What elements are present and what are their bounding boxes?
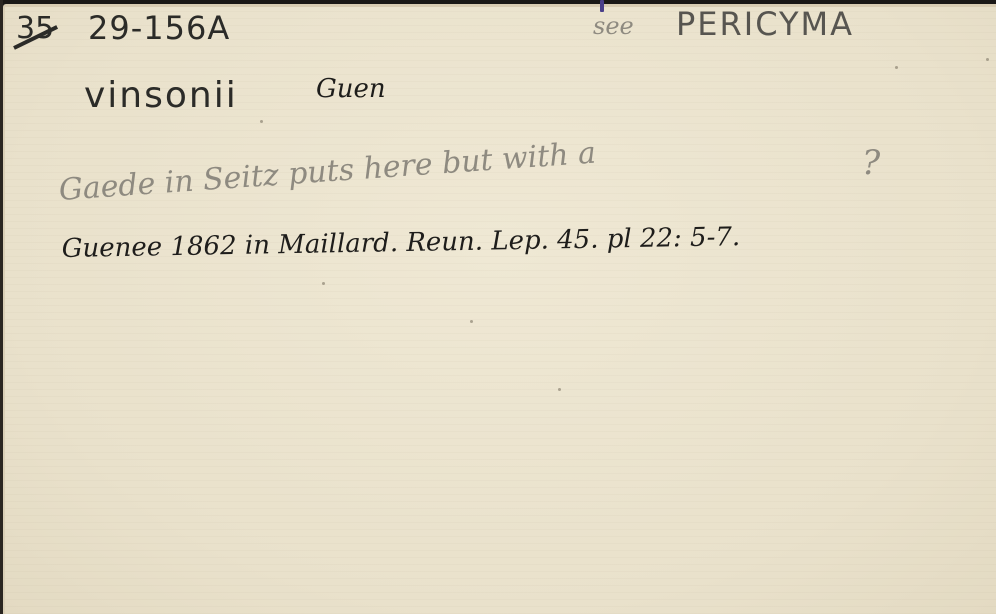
genus-name: PERICYMA bbox=[676, 8, 854, 40]
paper-speck bbox=[260, 120, 263, 123]
paper-speck bbox=[322, 282, 325, 285]
card-number: 29-156A bbox=[88, 12, 230, 44]
paper-speck bbox=[470, 320, 473, 323]
tab-marker bbox=[600, 0, 604, 12]
paper-speck bbox=[558, 388, 561, 391]
genus-prefix: see bbox=[593, 14, 634, 38]
species-author: Guen bbox=[316, 76, 386, 102]
paper-speck bbox=[895, 66, 898, 69]
species-name: vinsonii bbox=[84, 78, 238, 114]
paper-speck bbox=[986, 58, 989, 61]
pencil-question-mark: ? bbox=[862, 146, 880, 180]
